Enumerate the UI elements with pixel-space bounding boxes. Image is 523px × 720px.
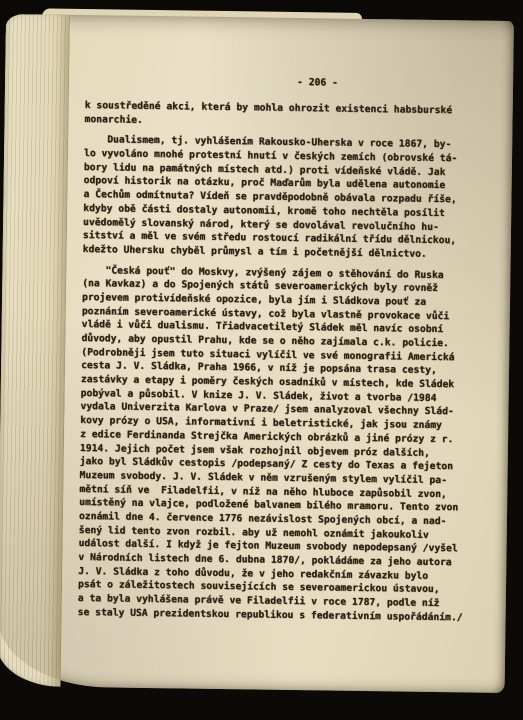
text-body: k soustředěné akci, která by mohla ohroz… [78,99,483,625]
page-content: - 206 - k soustředěné akci, která by moh… [78,73,484,625]
scanned-book-photo: - 206 - k soustředěné akci, která by moh… [0,0,523,720]
paragraph: "Česká pouť" do Moskvy, zvýšený zájem o … [78,264,481,625]
book-page: - 206 - k soustředěné akci, která by moh… [0,14,514,693]
stacked-page-edges [0,14,70,687]
page-number: - 206 - [85,73,483,93]
paragraph: k soustředěné akci, která by mohla ohroz… [84,99,482,132]
paragraph: Dualismem, tj. vyhlášením Rakousko-Uhers… [83,133,483,262]
